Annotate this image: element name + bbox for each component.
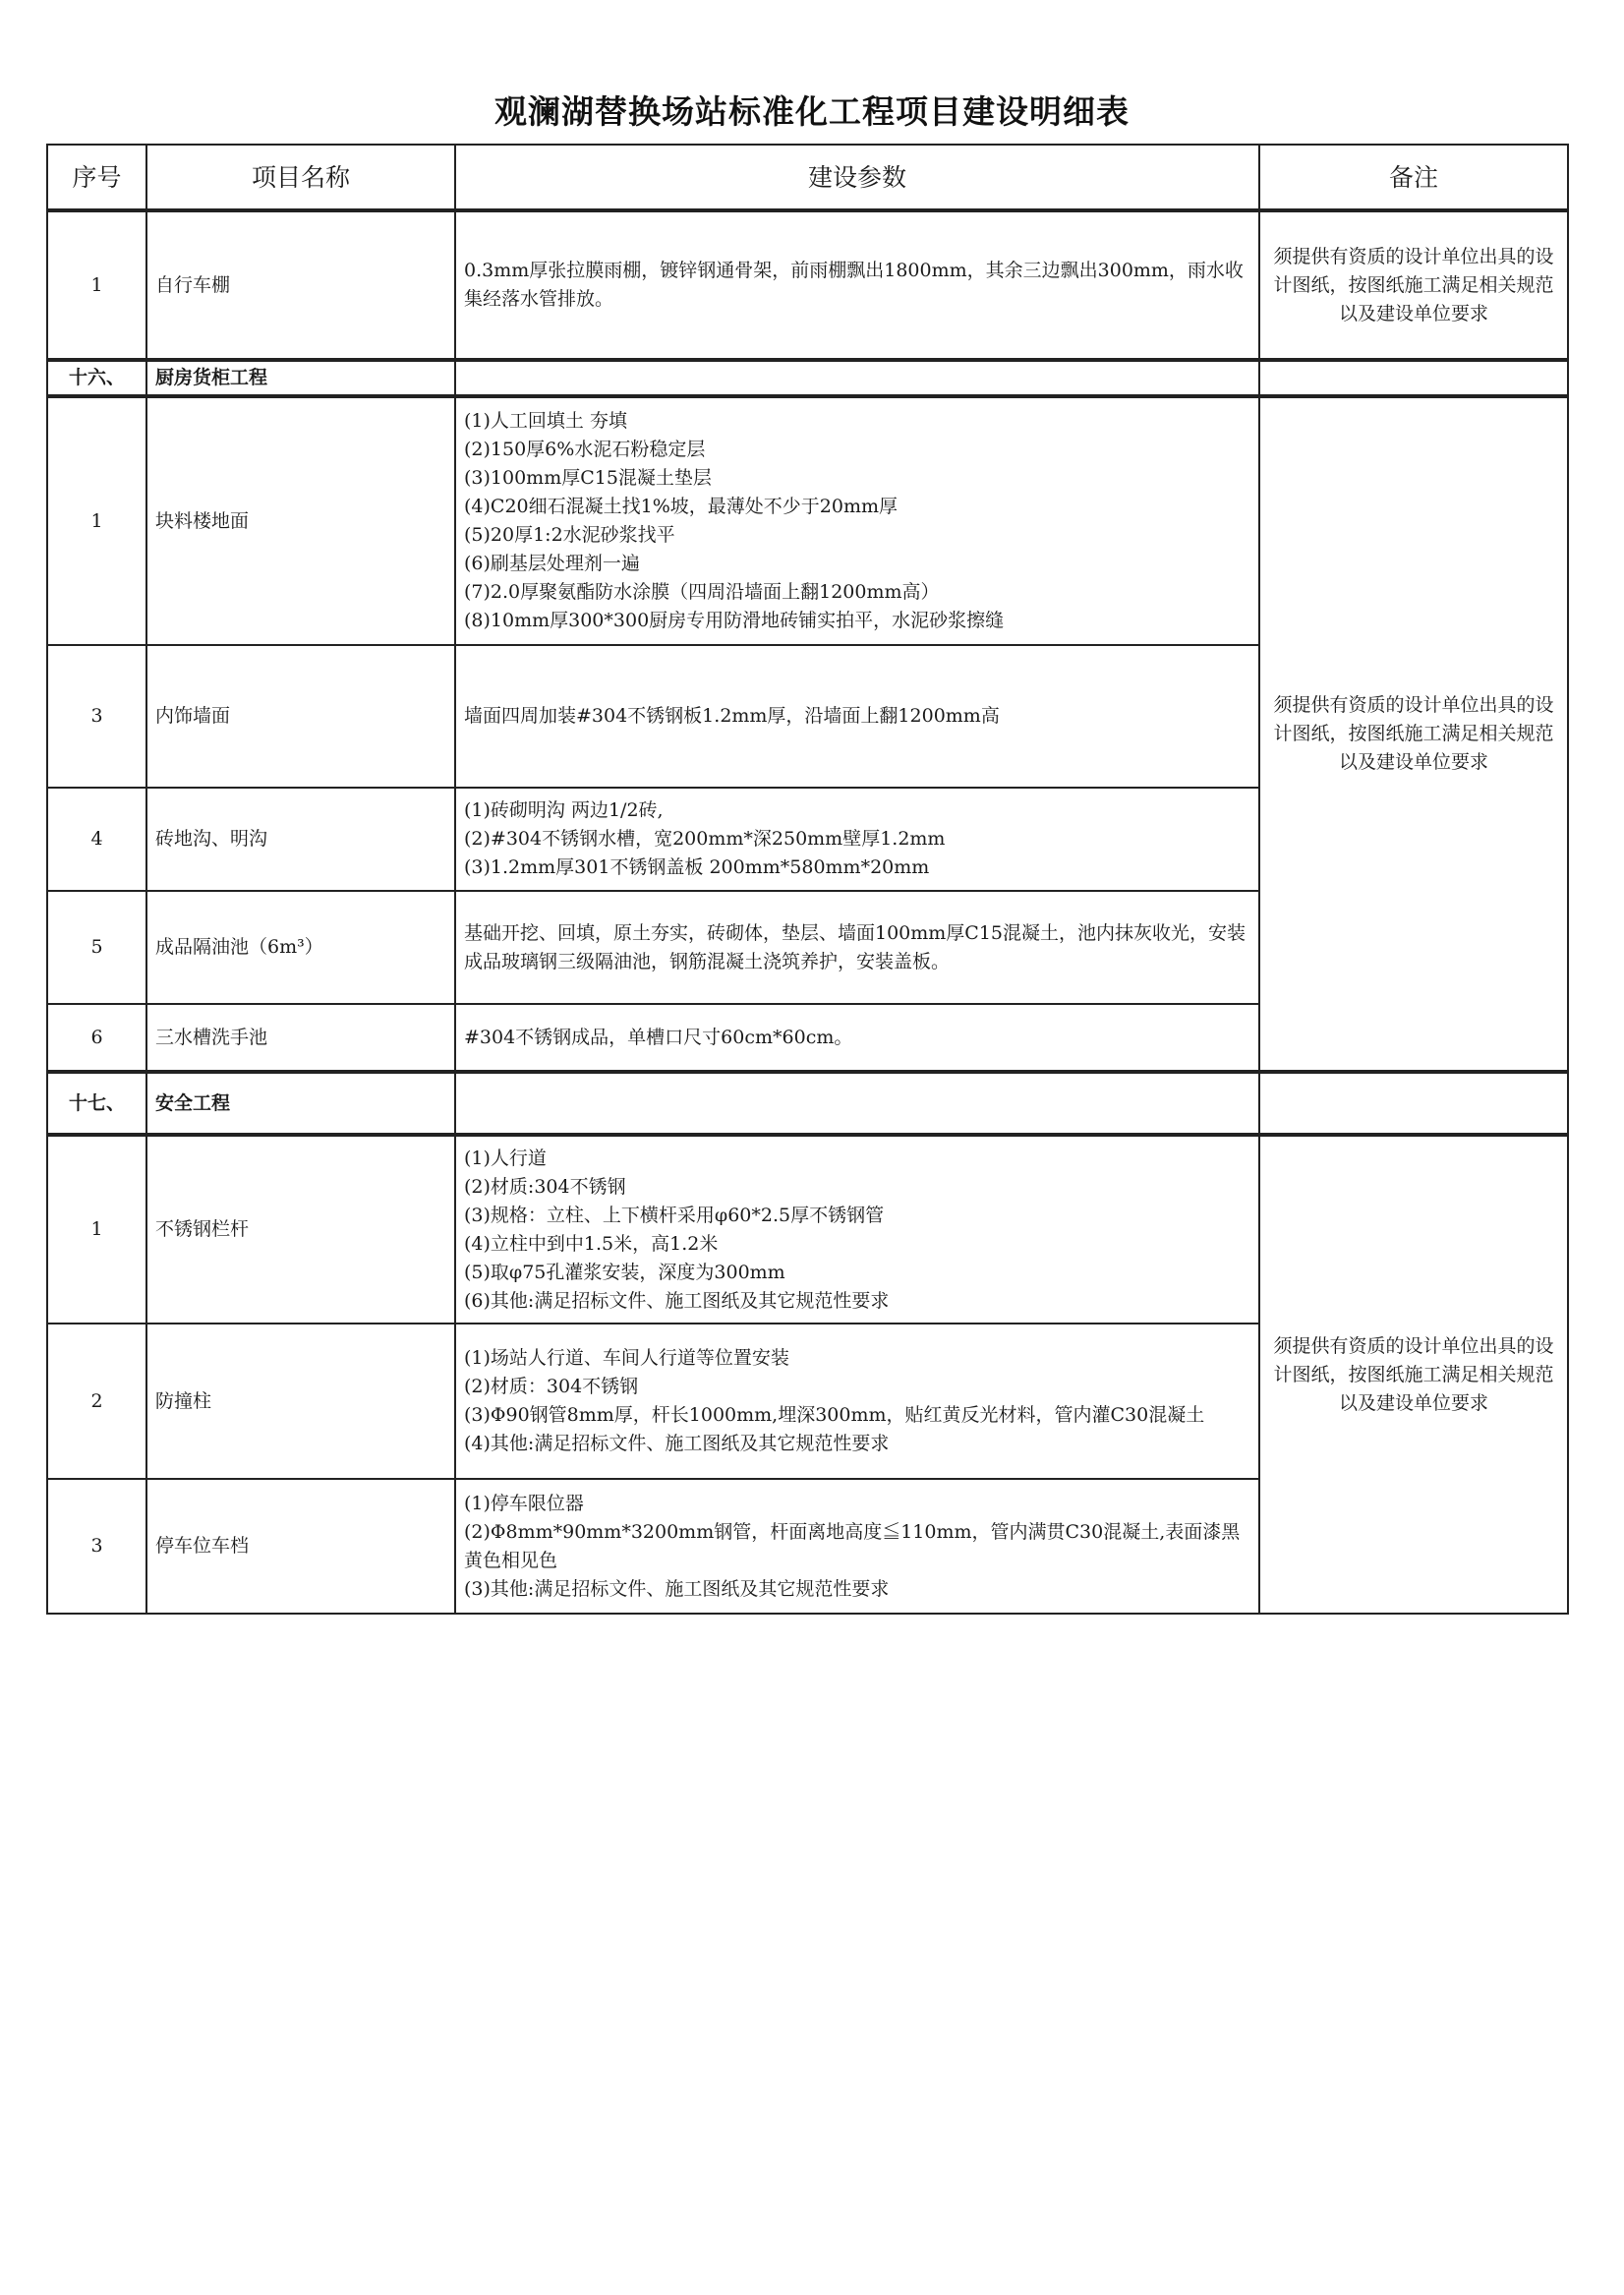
param-line: (2)#304不锈钢水槽，宽200mm*深250mm壁厚1.2mm <box>464 825 1250 853</box>
row-params: (1)砖砌明沟 两边1/2砖, (2)#304不锈钢水槽，宽200mm*深250… <box>455 788 1259 891</box>
param-line: (1)人行道 <box>464 1145 1250 1173</box>
param-line: (5)20厚1:2水泥砂浆找平 <box>464 521 1250 550</box>
param-line: 墙面四周加装#304不锈钢板1.2mm厚，沿墙面上翻1200mm高 <box>464 702 1250 731</box>
row-params: (1)人行道 (2)材质:304不锈钢 (3)规格：立柱、上下横杆采用φ60*2… <box>455 1135 1259 1324</box>
param-line: (6)刷基层处理剂一遍 <box>464 550 1250 578</box>
param-line: (2)Φ8mm*90mm*3200mm钢管，杆面离地高度≦110mm，管内满贯C… <box>464 1518 1250 1575</box>
header-name: 项目名称 <box>146 145 455 210</box>
table-row: 1 块料楼地面 (1)人工回填土 夯填 (2)150厚6%水泥石粉稳定层 (3)… <box>47 396 1568 645</box>
row-no: 4 <box>47 788 146 891</box>
page-title: 观澜湖替换场站标准化工程项目建设明细表 <box>0 87 1624 133</box>
section-params-empty <box>455 360 1259 396</box>
row-no: 3 <box>47 645 146 788</box>
param-line: (5)取φ75孔灌浆安装，深度为300mm <box>464 1259 1250 1287</box>
row-note: 须提供有资质的设计单位出具的设计图纸，按图纸施工满足相关规范以及建设单位要求 <box>1259 210 1568 360</box>
row-params: (1)停车限位器 (2)Φ8mm*90mm*3200mm钢管，杆面离地高度≦11… <box>455 1479 1259 1614</box>
row-no: 6 <box>47 1004 146 1072</box>
section-note-empty <box>1259 1072 1568 1135</box>
table-row: 1 自行车棚 0.3mm厚张拉膜雨棚，镀锌钢通骨架，前雨棚飘出1800mm，其余… <box>47 210 1568 360</box>
row-params: 0.3mm厚张拉膜雨棚，镀锌钢通骨架，前雨棚飘出1800mm，其余三边飘出300… <box>455 210 1259 360</box>
row-no: 1 <box>47 396 146 645</box>
row-name: 防撞柱 <box>146 1324 455 1479</box>
param-line: (3)其他:满足招标文件、施工图纸及其它规范性要求 <box>464 1575 1250 1604</box>
section-header-17: 十七、 安全工程 <box>47 1072 1568 1135</box>
param-line: (6)其他:满足招标文件、施工图纸及其它规范性要求 <box>464 1287 1250 1316</box>
section-note-empty <box>1259 360 1568 396</box>
param-line: (2)材质：304不锈钢 <box>464 1373 1250 1401</box>
row-name: 砖地沟、明沟 <box>146 788 455 891</box>
param-line: (3)1.2mm厚301不锈钢盖板 200mm*580mm*20mm <box>464 853 1250 882</box>
row-no: 2 <box>47 1324 146 1479</box>
table-header-row: 序号 项目名称 建设参数 备注 <box>47 145 1568 210</box>
row-name: 自行车棚 <box>146 210 455 360</box>
row-name: 停车位车档 <box>146 1479 455 1614</box>
param-line: (3)规格：立柱、上下横杆采用φ60*2.5厚不锈钢管 <box>464 1202 1250 1230</box>
param-line: (1)砖砌明沟 两边1/2砖, <box>464 796 1250 825</box>
param-line: (2)材质:304不锈钢 <box>464 1173 1250 1202</box>
param-line: (4)C20细石混凝土找1%坡，最薄处不少于20mm厚 <box>464 493 1250 521</box>
header-note: 备注 <box>1259 145 1568 210</box>
row-name: 成品隔油池（6m³） <box>146 891 455 1004</box>
param-line: (1)场站人行道、车间人行道等位置安装 <box>464 1344 1250 1373</box>
param-line: (7)2.0厚聚氨酯防水涂膜（四周沿墙面上翻1200mm高） <box>464 578 1250 607</box>
row-name: 不锈钢栏杆 <box>146 1135 455 1324</box>
row-params: (1)人工回填土 夯填 (2)150厚6%水泥石粉稳定层 (3)100mm厚C1… <box>455 396 1259 645</box>
section-name: 厨房货柜工程 <box>146 360 455 396</box>
param-line: (4)立柱中到中1.5米，高1.2米 <box>464 1230 1250 1259</box>
param-line: (1)人工回填土 夯填 <box>464 407 1250 436</box>
row-no: 1 <box>47 1135 146 1324</box>
section-no: 十七、 <box>47 1072 146 1135</box>
section-name: 安全工程 <box>146 1072 455 1135</box>
row-no: 1 <box>47 210 146 360</box>
row-params: 基础开挖、回填，原土夯实，砖砌体，垫层、墙面100mm厚C15混凝土，池内抹灰收… <box>455 891 1259 1004</box>
row-params: (1)场站人行道、车间人行道等位置安装 (2)材质：304不锈钢 (3)Φ90钢… <box>455 1324 1259 1479</box>
row-params: 墙面四周加装#304不锈钢板1.2mm厚，沿墙面上翻1200mm高 <box>455 645 1259 788</box>
section-params-empty <box>455 1072 1259 1135</box>
param-line: (3)100mm厚C15混凝土垫层 <box>464 464 1250 493</box>
param-line: (2)150厚6%水泥石粉稳定层 <box>464 436 1250 464</box>
row-no: 3 <box>47 1479 146 1614</box>
header-params: 建设参数 <box>455 145 1259 210</box>
param-line: 基础开挖、回填，原土夯实，砖砌体，垫层、墙面100mm厚C15混凝土，池内抹灰收… <box>464 919 1250 976</box>
row-name: 三水槽洗手池 <box>146 1004 455 1072</box>
section-17-note: 须提供有资质的设计单位出具的设计图纸，按图纸施工满足相关规范以及建设单位要求 <box>1259 1135 1568 1614</box>
row-no: 5 <box>47 891 146 1004</box>
section-no: 十六、 <box>47 360 146 396</box>
param-line: (4)其他:满足招标文件、施工图纸及其它规范性要求 <box>464 1430 1250 1458</box>
row-name: 内饰墙面 <box>146 645 455 788</box>
param-line: (8)10mm厚300*300厨房专用防滑地砖铺实拍平，水泥砂浆擦缝 <box>464 607 1250 635</box>
section-16-note: 须提供有资质的设计单位出具的设计图纸，按图纸施工满足相关规范以及建设单位要求 <box>1259 396 1568 1072</box>
param-line: #304不锈钢成品，单槽口尺寸60cm*60cm。 <box>464 1024 1250 1052</box>
header-no: 序号 <box>47 145 146 210</box>
param-line: (1)停车限位器 <box>464 1490 1250 1518</box>
param-line: (3)Φ90钢管8mm厚，杆长1000mm,埋深300mm，贴红黄反光材料，管内… <box>464 1401 1250 1430</box>
section-header-16: 十六、 厨房货柜工程 <box>47 360 1568 396</box>
table-row: 1 不锈钢栏杆 (1)人行道 (2)材质:304不锈钢 (3)规格：立柱、上下横… <box>47 1135 1568 1324</box>
construction-detail-table: 序号 项目名称 建设参数 备注 1 自行车棚 0.3mm厚张拉膜雨棚，镀锌钢通骨… <box>46 144 1569 1615</box>
row-name: 块料楼地面 <box>146 396 455 645</box>
row-params: #304不锈钢成品，单槽口尺寸60cm*60cm。 <box>455 1004 1259 1072</box>
